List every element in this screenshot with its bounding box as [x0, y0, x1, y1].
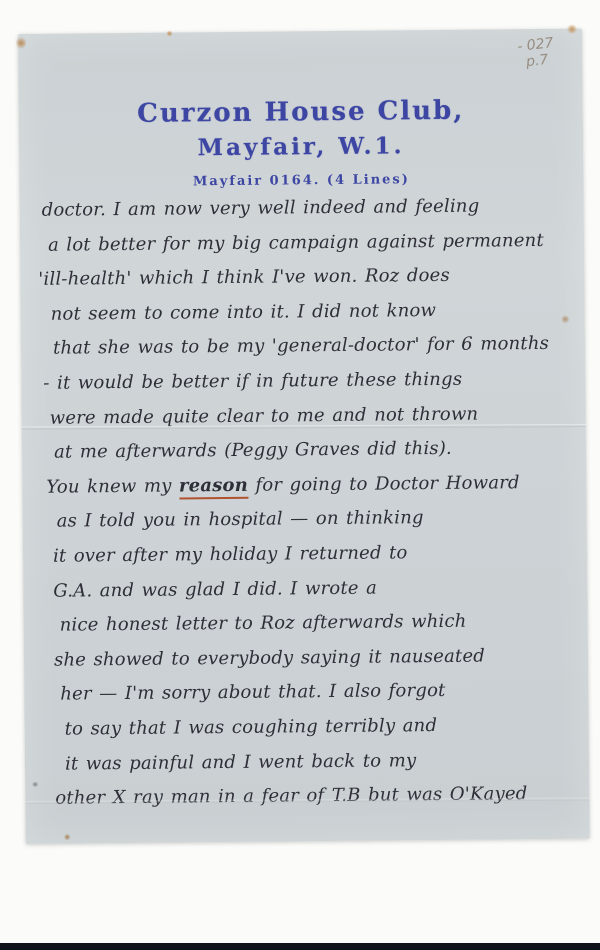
letter-line: as I told you in hospital — on thinking [41, 500, 577, 540]
letter-line: nice honest letter to Roz afterwards whi… [42, 604, 578, 644]
letter-line: she showed to everybody saying it nausea… [42, 638, 578, 678]
pencil-annotation: - 027 p.7 [516, 35, 556, 71]
letter-line-with-strikethrough: You knew my reason for going to Doctor H… [40, 465, 576, 505]
letter-line: 'ill-health' which I think I've won. Roz… [38, 258, 574, 298]
foxing-spot [566, 25, 578, 34]
struck-word: reason [179, 475, 248, 500]
letter-line: G.A. and was glad I did. I wrote a [41, 569, 577, 609]
letter-line: it over after my holiday I returned to [41, 535, 577, 575]
foxing-spot [64, 834, 71, 841]
letterhead-address: Mayfair, W.1. [19, 131, 583, 163]
letter-line: doctor. I am now very well indeed and fe… [38, 189, 574, 229]
letter-line: - it would be better if in future these … [39, 362, 575, 402]
letter-line: not seem to come into it. I did not know [39, 292, 575, 332]
letterhead: Curzon House Club, Mayfair, W.1. Mayfair… [19, 95, 584, 191]
handwritten-body: doctor. I am now very well indeed and fe… [38, 189, 580, 817]
letter-line-segment: You knew my [46, 475, 179, 497]
letter-line: her — I'm sorry about that. I also forgo… [42, 673, 578, 713]
letter-line: to say that I was coughing terribly and [43, 708, 579, 748]
letter-line-segment: for going to Doctor Howard [248, 472, 520, 496]
letter-line: were made quite clear to me and not thro… [40, 396, 576, 436]
foxing-spot [16, 36, 26, 50]
letter-line: other X ray man in a fear of T.B but was… [43, 777, 579, 817]
letter-line: it was painful and I went back to my [43, 742, 579, 782]
letterhead-phone: Mayfair 0164. (4 Lines) [19, 171, 583, 191]
letter-line: at me afterwards (Peggy Graves did this)… [40, 431, 576, 471]
foxing-spot [31, 782, 39, 787]
scanned-letter-photo: - 027 p.7 Curzon House Club, Mayfair, W.… [0, 0, 600, 950]
foxing-spot [166, 31, 173, 37]
letterhead-club-name: Curzon House Club, [19, 95, 583, 130]
photo-bottom-edge [0, 943, 600, 950]
letter-line: that she was to be my 'general-doctor' f… [39, 327, 575, 367]
letter-paper: - 027 p.7 Curzon House Club, Mayfair, W.… [18, 29, 590, 844]
letter-line: a lot better for my big campaign against… [38, 223, 574, 263]
